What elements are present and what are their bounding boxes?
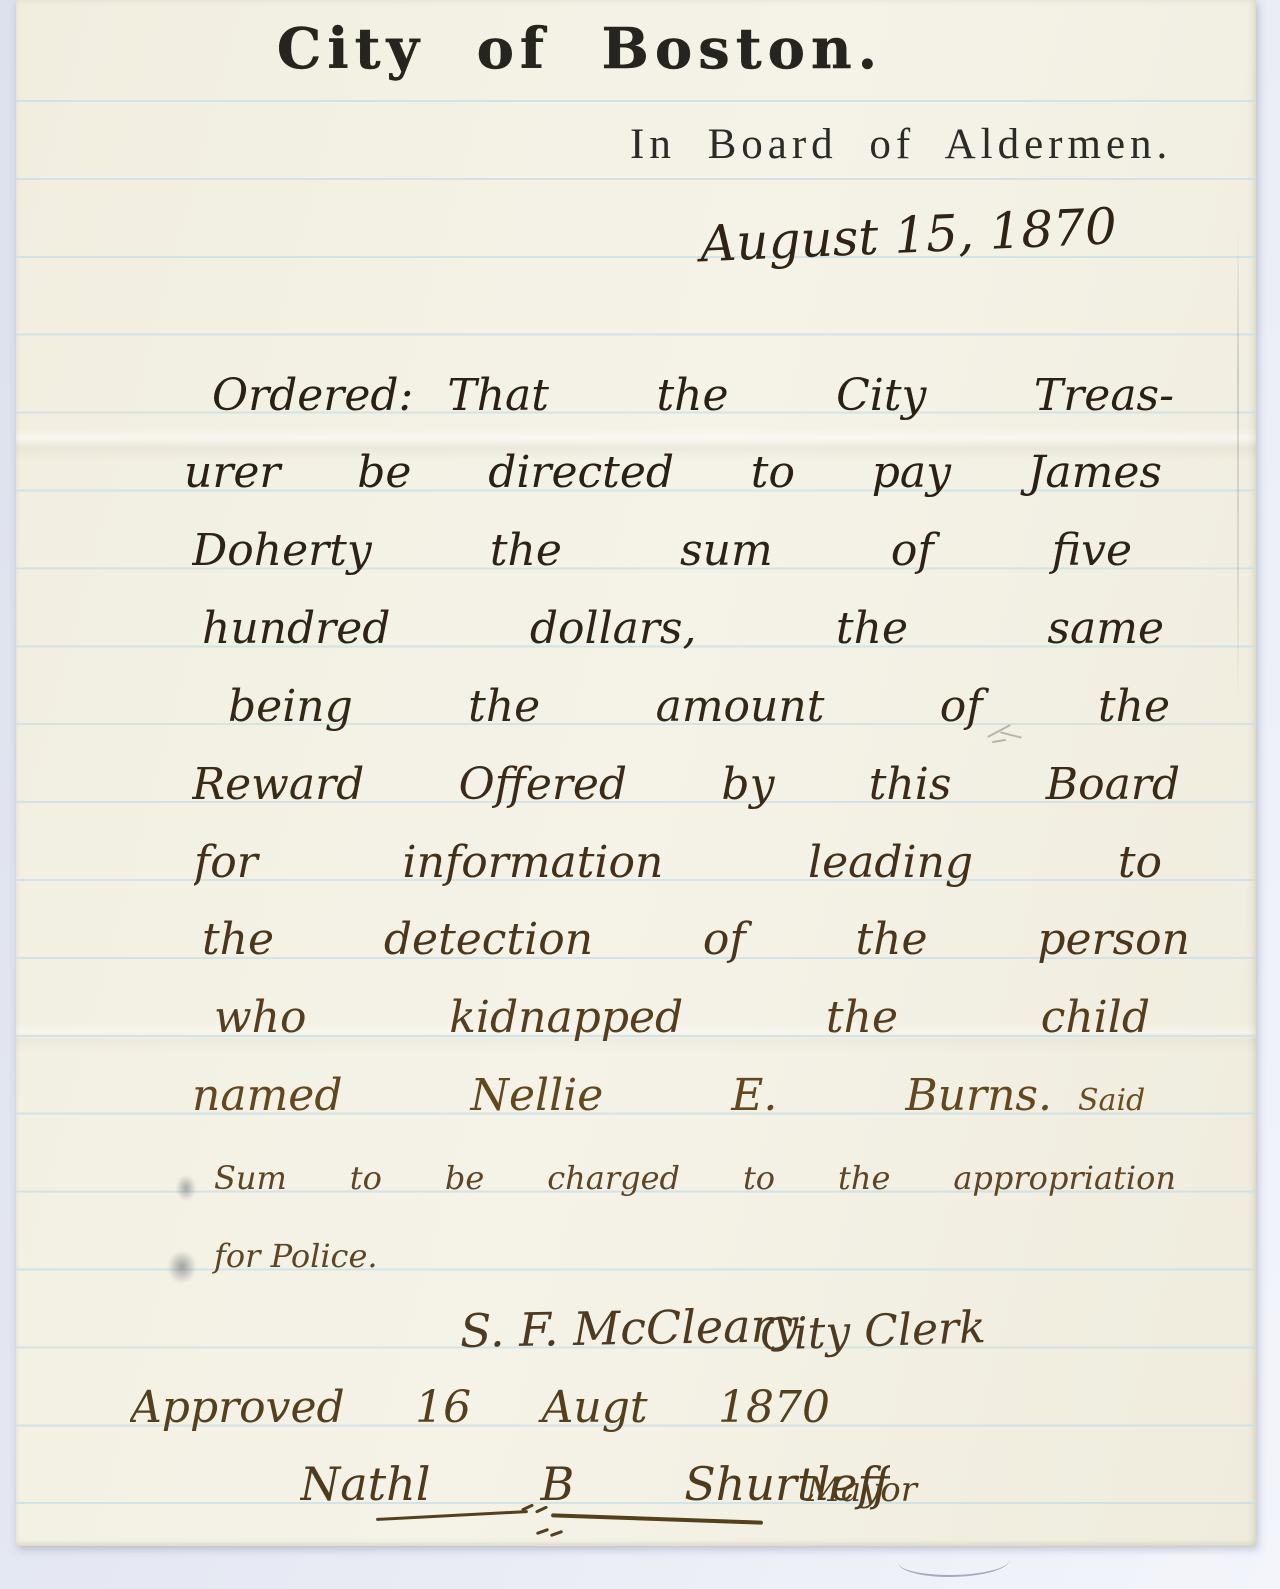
ordered-word: Ordered:: [212, 372, 413, 420]
body-line-text: named Nellie E. Burns.: [192, 1072, 1052, 1120]
mayor-title: Mayor: [806, 1472, 917, 1509]
body-line: Doherty the sum of five: [192, 527, 1132, 575]
body-line: hundred dollars, the same: [202, 605, 1164, 653]
letterhead-org-line: In Board of Aldermen.: [630, 120, 1172, 169]
signature-flourish: [551, 1513, 763, 1524]
paper-crease: [1237, 225, 1239, 705]
body-line: for Police.: [214, 1239, 514, 1274]
body-line: Ordered:That the City Treas-: [212, 372, 1174, 420]
signature-flourish: [550, 1530, 563, 1537]
letterhead-title: City of Boston.: [180, 16, 980, 82]
pencil-mark: [898, 1545, 1010, 1577]
ink-smudge: [162, 1244, 202, 1290]
body-line: who kidnapped the child: [214, 994, 1150, 1042]
mayor-signature: Nathl B Shurtleff: [300, 1459, 890, 1510]
body-line-tail: Said: [1078, 1084, 1145, 1117]
body-line: for information leading to: [194, 839, 1162, 887]
approval-line: Approved 16 Augt 1870: [130, 1384, 830, 1432]
document-page: City of Boston. In Board of Aldermen. Au…: [16, 0, 1256, 1546]
ink-smudge: [172, 1170, 200, 1206]
body-line: Sum to be charged to the appropriation: [214, 1161, 1176, 1196]
body-line: the detection of the person: [202, 916, 1190, 964]
scanned-document: { "colors": { "background": "#e2e6f0", "…: [0, 0, 1280, 1589]
signature-flourish: [536, 1528, 549, 1535]
clerk-signature: S. F. McCleary: [460, 1300, 799, 1356]
body-line: Reward Offered by this Board: [192, 761, 1180, 809]
date-line: August 15, 1870: [699, 197, 1176, 273]
body-line: named Nellie E. Burns. Said: [192, 1072, 1184, 1120]
clerk-title: City Clerk: [759, 1304, 986, 1360]
body-line-text: That the City Treas-: [447, 372, 1174, 420]
pencil-scribble: [984, 722, 1030, 748]
body-line: urer be directed to pay James: [184, 449, 1162, 497]
signature-flourish: [376, 1510, 528, 1521]
